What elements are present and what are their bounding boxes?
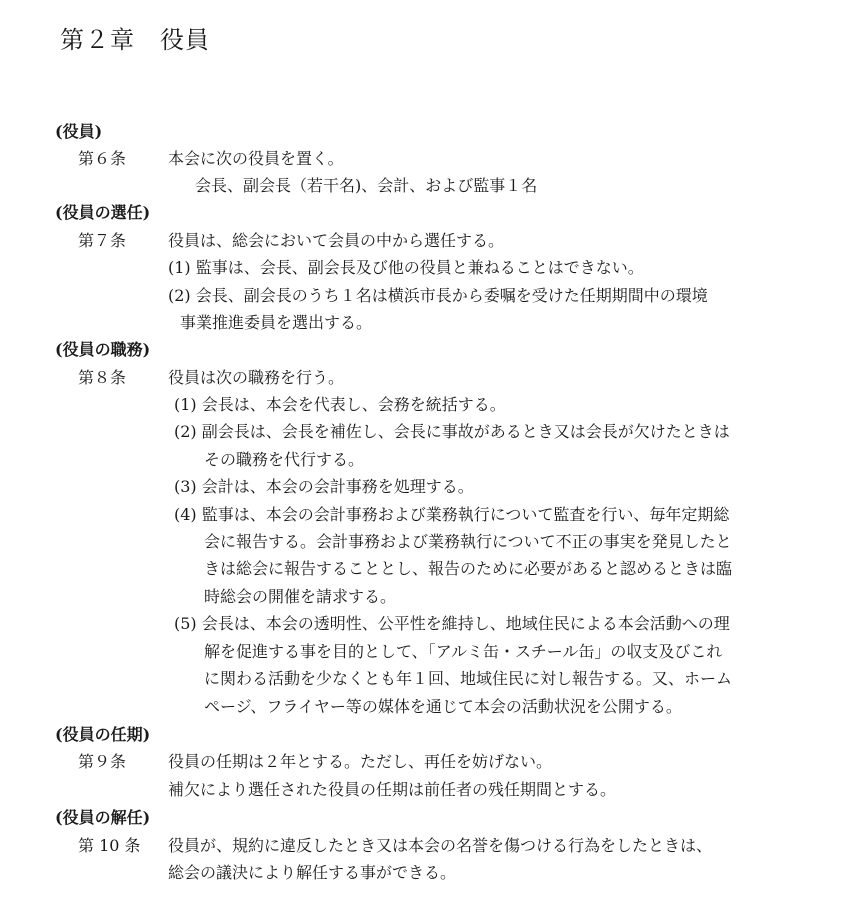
article-item: (1) 会長は、本会を代表し、会務を統括する。 bbox=[174, 395, 506, 415]
section-heading: (役員の解任) bbox=[55, 808, 150, 828]
article-item: (1) 監事は、会長、副会長及び他の役員と兼ねることはできない。 bbox=[168, 258, 644, 278]
article-text: 役員の任期は２年とする。ただし、再任を妨げない。 bbox=[168, 752, 552, 772]
article-item-continued: 時総会の開催を請求する。 bbox=[204, 587, 396, 607]
article-text: 役員は次の職務を行う。 bbox=[168, 368, 344, 388]
article-text: 役員が、規約に違反したとき又は本会の名誉を傷つける行為をしたときは、 bbox=[168, 836, 712, 856]
chapter-title: 第２章 役員 bbox=[60, 20, 210, 55]
article-item-continued: その職務を代行する。 bbox=[204, 450, 364, 470]
section-heading: (役員の職務) bbox=[55, 340, 150, 360]
article-item-continued: ページ、フライヤー等の媒体を通じて本会の活動状況を公開する。 bbox=[204, 697, 682, 717]
article-number: 第 10 条 bbox=[78, 836, 141, 856]
section-heading: (役員の選任) bbox=[55, 203, 150, 223]
article-text: 役員は、総会において会員の中から選任する。 bbox=[168, 231, 504, 251]
article-item-continued: 解を促進する事を目的として、「アルミ缶・スチール缶」の収支及びこれ bbox=[204, 642, 722, 662]
article-text: 会長、副会長（若干名)、会計、および監事１名 bbox=[195, 176, 537, 196]
section-heading: (役員の任期) bbox=[55, 725, 150, 745]
article-item: (2) 副会長は、会長を補佐し、会長に事故があるとき又は会長が欠けたときは bbox=[174, 422, 730, 442]
article-text: 補欠により選任された役員の任期は前任者の残任期間とする。 bbox=[168, 780, 616, 800]
article-item: (3) 会計は、本会の会計事務を処理する。 bbox=[174, 477, 474, 497]
article-item: (4) 監事は、本会の会計事務および業務執行について監査を行い、毎年定期総 bbox=[174, 505, 729, 525]
article-item-continued: きは総会に報告することとし、報告のために必要があると認めるときは臨 bbox=[204, 559, 732, 579]
article-number: 第７条 bbox=[78, 231, 126, 251]
article-item-continued: 事業推進委員を選出する。 bbox=[180, 313, 372, 333]
article-number: 第９条 bbox=[78, 752, 126, 772]
section-heading: (役員) bbox=[55, 122, 102, 142]
article-item-continued: 会に報告する。会計事務および業務執行について不正の事実を発見したと bbox=[204, 532, 732, 552]
article-number: 第８条 bbox=[78, 368, 126, 388]
article-text: 本会に次の役員を置く。 bbox=[168, 149, 344, 169]
article-item: (5) 会長は、本会の透明性、公平性を維持し、地域住民による本会活動への理 bbox=[174, 614, 730, 634]
article-item: (2) 会長、副会長のうち１名は横浜市長から委嘱を受けた任期期間中の環境 bbox=[168, 286, 708, 306]
article-text: 総会の議決により解任する事ができる。 bbox=[168, 863, 456, 883]
article-number: 第６条 bbox=[78, 149, 126, 169]
article-item-continued: に関わる活動を少なくとも年１回、地域住民に対し報告する。又、ホーム bbox=[204, 669, 732, 689]
